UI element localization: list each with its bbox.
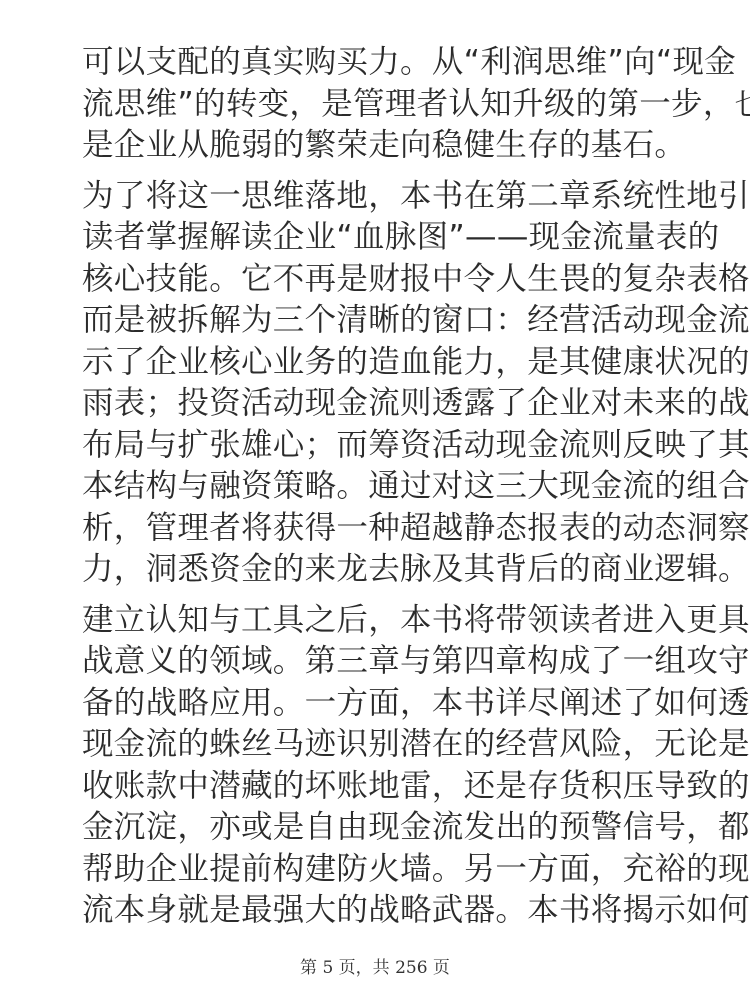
text-line: 收账款中潜藏的坏账地雷，还是存货积压导致的资: [82, 766, 672, 808]
page-indicator: 第 5 页，共 256 页: [0, 953, 750, 978]
text-line: 流本身就是最强大的战略武器。本书将揭示如何利: [82, 890, 672, 932]
text-line: 可以支配的真实购买力。从“利润思维”向“现金: [82, 42, 672, 84]
text-line: 现金流的蛛丝马迹识别潜在的经营风险，无论是应: [82, 724, 672, 766]
text-line: 核心技能。它不再是财报中令人生畏的复杂表格，: [82, 259, 672, 301]
text-line: 力，洞悉资金的来龙去脉及其背后的商业逻辑。: [82, 549, 672, 591]
text-line: 本结构与融资策略。通过对这三大现金流的组合分: [82, 466, 672, 508]
text-line: 备的战略应用。一方面，本书详尽阐述了如何透过: [82, 683, 672, 725]
text-line: 而是被拆解为三个清晰的窗口：经营活动现金流揭: [82, 300, 672, 342]
text-line: 雨表；投资活动现金流则透露了企业对未来的战略: [82, 383, 672, 425]
text-line: 金沉淀，亦或是自由现金流发出的预警信号，都能: [82, 807, 672, 849]
text-line: 为了将这一思维落地，本书在第二章系统性地引导: [82, 176, 672, 218]
paragraph-3: 建立认知与工具之后，本书将带领读者进入更具实 战意义的领域。第三章与第四章构成了…: [82, 600, 672, 932]
text-line: 战意义的领域。第三章与第四章构成了一组攻守兼: [82, 641, 672, 683]
paragraph-1: 可以支配的真实购买力。从“利润思维”向“现金 流思维”的转变，是管理者认知升级的…: [82, 42, 672, 167]
paragraph-2: 为了将这一思维落地，本书在第二章系统性地引导 读者掌握解读企业“血脉图”——现金…: [82, 176, 672, 591]
text-line: 是企业从脆弱的繁荣走向稳健生存的基石。: [82, 125, 672, 167]
document-body: 可以支配的真实购买力。从“利润思维”向“现金 流思维”的转变，是管理者认知升级的…: [82, 42, 672, 941]
text-line: 帮助企业提前构建防火墙。另一方面，充裕的现金: [82, 849, 672, 891]
text-line: 建立认知与工具之后，本书将带领读者进入更具实: [82, 600, 672, 642]
text-line: 析，管理者将获得一种超越静态报表的动态洞察: [82, 508, 672, 550]
text-line: 读者掌握解读企业“血脉图”——现金流量表的: [82, 217, 672, 259]
text-line: 示了企业核心业务的造血能力，是其健康状况的晴: [82, 342, 672, 384]
text-line: 布局与扩张雄心；而筹资活动现金流则反映了其资: [82, 425, 672, 467]
text-line: 流思维”的转变，是管理者认知升级的第一步，也: [82, 84, 672, 126]
